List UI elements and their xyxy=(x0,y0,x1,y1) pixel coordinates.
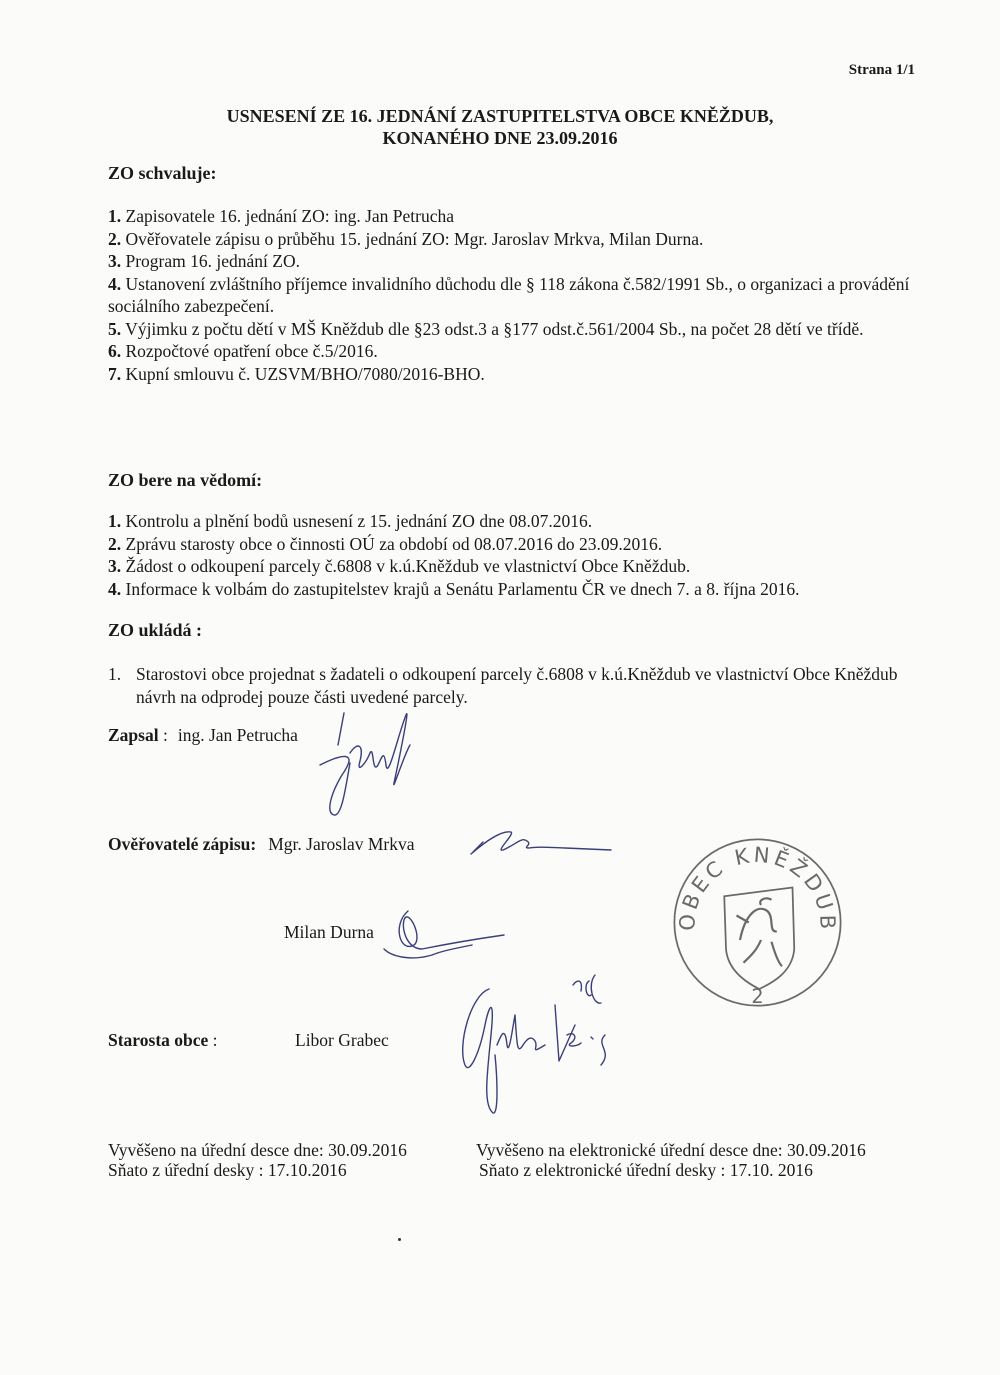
list-item: 1. Zapisovatele 16. jednání ZO: ing. Jan… xyxy=(108,205,928,228)
verifiers-label: Ověřovatelé zápisu: xyxy=(108,834,256,854)
verifier-1-name: Mgr. Jaroslav Mrkva xyxy=(268,834,414,854)
section-heading-approves: ZO schvaluje: xyxy=(108,163,217,184)
recorder-name: ing. Jan Petrucha xyxy=(178,725,298,745)
list-item: 3. Žádost o odkoupení parcely č.6808 v k… xyxy=(108,555,928,578)
stamp-number: 2 xyxy=(751,985,763,1008)
verifier-2-name: Milan Durna xyxy=(284,922,374,943)
mayor-name: Libor Grabec xyxy=(295,1030,389,1051)
svg-text:OBEC KNĚŽDUB: OBEC KNĚŽDUB xyxy=(675,843,840,933)
orders-list: 1. Starostovi obce projednat s žadateli … xyxy=(108,663,928,708)
recorder-label: Zapsal xyxy=(108,725,159,745)
section-heading-notes: ZO bere na vědomí: xyxy=(108,470,262,491)
footer-board: Vyvěšeno na úřední desce dne: 30.09.2016… xyxy=(108,1140,407,1180)
title-line-1: USNESENÍ ZE 16. JEDNÁNÍ ZASTUPITELSTVA O… xyxy=(0,105,1000,127)
list-item: 3. Program 16. jednání ZO. xyxy=(108,250,928,273)
document-title: USNESENÍ ZE 16. JEDNÁNÍ ZASTUPITELSTVA O… xyxy=(0,105,1000,149)
list-item: 1. Kontrolu a plnění bodů usnesení z 15.… xyxy=(108,510,928,533)
posted-electronic: Vyvěšeno na elektronické úřední desce dn… xyxy=(476,1140,866,1160)
posted-board: Vyvěšeno na úřední desce dne: 30.09.2016 xyxy=(108,1140,407,1160)
recorder-signature-icon xyxy=(320,705,470,815)
verifier-1-signature-icon xyxy=(465,822,615,862)
municipal-stamp-icon: OBEC KNĚŽDUB 2 xyxy=(670,835,845,1010)
list-item: 1. Starostovi obce projednat s žadateli … xyxy=(108,663,928,708)
list-item: 4. Ustanovení zvláštního příjemce invali… xyxy=(108,273,928,318)
notes-list: 1. Kontrolu a plnění bodů usnesení z 15.… xyxy=(108,510,928,600)
section-heading-orders: ZO ukládá : xyxy=(108,620,202,641)
title-line-2: KONANÉHO DNE 23.09.2016 xyxy=(0,127,1000,149)
recorder-line: Zapsal : ing. Jan Petrucha xyxy=(108,725,298,746)
page-number: Strana 1/1 xyxy=(849,62,915,79)
footer-electronic: Vyvěšeno na elektronické úřední desce dn… xyxy=(476,1140,866,1180)
scan-speck xyxy=(398,1238,401,1241)
mayor-label: Starosta obce xyxy=(108,1030,208,1050)
list-item: 7. Kupní smlouvu č. UZSVM/BHO/7080/2016-… xyxy=(108,363,928,386)
list-item: 2. Zprávu starosty obce o činnosti OÚ za… xyxy=(108,533,928,556)
verifier-2-signature-icon xyxy=(382,905,512,965)
removed-electronic: Sňato z elektronické úřední desky : 17.1… xyxy=(476,1160,866,1180)
list-item: 4. Informace k volbám do zastupitelstev … xyxy=(108,578,928,601)
list-item: 2. Ověřovatele zápisu o průběhu 15. jedn… xyxy=(108,228,928,251)
verifiers-line: Ověřovatelé zápisu: Mgr. Jaroslav Mrkva xyxy=(108,834,415,855)
mayor-line: Starosta obce : xyxy=(108,1030,218,1051)
removed-board: Sňato z úřední desky : 17.10.2016 xyxy=(108,1160,407,1180)
mayor-signature-icon xyxy=(455,975,635,1120)
list-item: 6. Rozpočtové opatření obce č.5/2016. xyxy=(108,340,928,363)
list-item: 5. Výjimku z počtu dětí v MŠ Kněždub dle… xyxy=(108,318,928,341)
approves-list: 1. Zapisovatele 16. jednání ZO: ing. Jan… xyxy=(108,205,928,385)
